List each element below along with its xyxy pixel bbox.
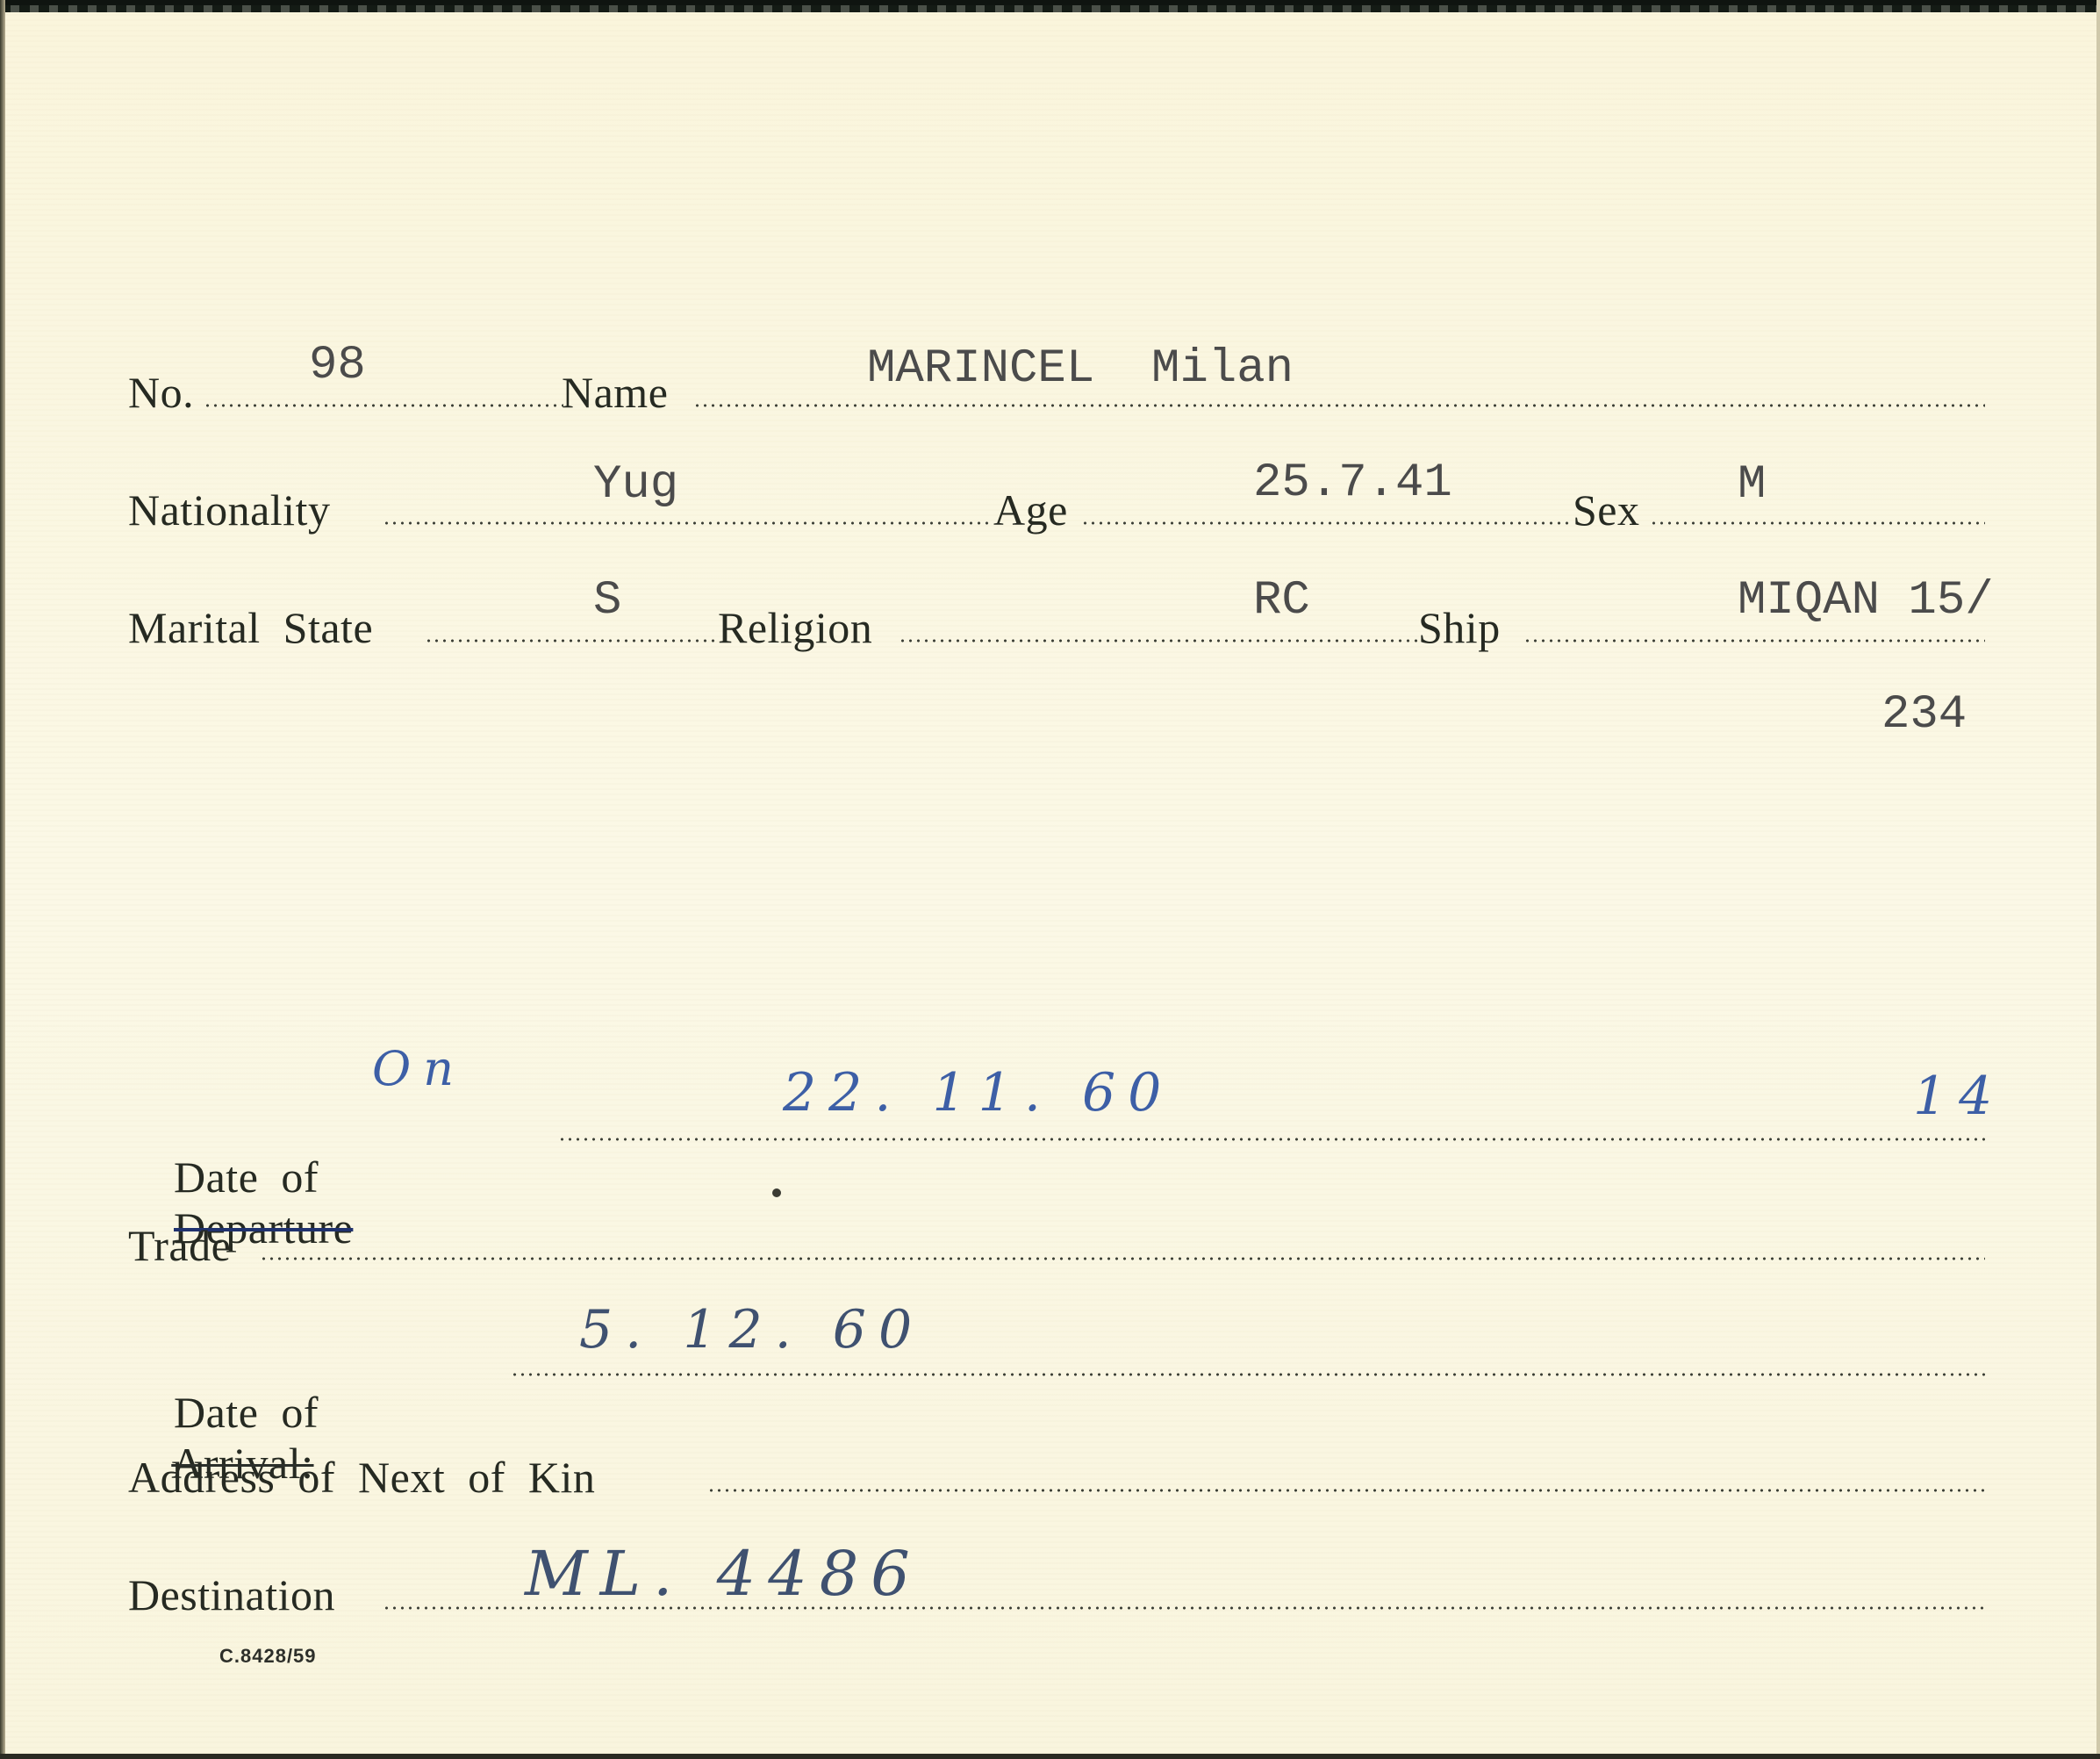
immigration-record-card: No. 98 Name MARINCEL Milan Nationality Y…: [0, 0, 2100, 1759]
address-next-of-kin-dotted-line: [707, 1489, 1985, 1492]
ship-value: MIQAN 15/: [1738, 574, 1994, 628]
card-right-edge: [2096, 0, 2100, 1759]
ship-label: Ship: [1418, 602, 1501, 653]
ink-speck: [772, 1188, 781, 1197]
date-of-prefix: Date of: [174, 1152, 319, 1202]
form-code: C.8428/59: [219, 1645, 317, 1668]
name-label: Name: [562, 367, 668, 418]
no-label: No.: [128, 367, 194, 418]
nationality-value: Yug: [593, 458, 678, 512]
departure-correction-handwritten: On: [372, 1041, 466, 1096]
marital-state-dotted-line: [425, 639, 718, 643]
date-of-arrival-value: 5. 12. 60: [579, 1299, 924, 1361]
ship-dotted-line: [1523, 639, 1985, 643]
destination-value: ML. 4486: [525, 1538, 922, 1610]
marital-state-value: S: [593, 574, 621, 628]
age-value: 25.7.41: [1253, 456, 1452, 510]
address-next-of-kin-label: Address of Next of Kin: [128, 1452, 595, 1503]
name-value: MARINCEL Milan: [867, 342, 1294, 396]
date-of-arrival-label: Date of Arrival:: [128, 1336, 319, 1540]
name-dotted-line: [693, 404, 1985, 407]
ship-value-line2: 234: [1881, 688, 1967, 742]
age-dotted-line: [1081, 521, 1573, 525]
card-left-edge: [0, 0, 5, 1759]
date-of-arrival-dotted-line: [511, 1373, 1985, 1376]
date-of-departure-label: Date of Departure: [128, 1101, 353, 1304]
religion-value: RC: [1253, 574, 1310, 628]
marital-state-label: Marital State: [128, 602, 373, 653]
departure-extra-value: 14: [1913, 1066, 2004, 1127]
destination-label: Destination: [128, 1569, 335, 1620]
card-bottom-edge: [0, 1754, 2100, 1759]
religion-dotted-line: [899, 639, 1418, 643]
date-of-departure-value: 22. 11. 60: [783, 1062, 1173, 1124]
religion-label: Religion: [718, 602, 872, 653]
no-value: 98: [309, 339, 366, 392]
age-label: Age: [993, 485, 1068, 535]
trade-label: Trade: [128, 1220, 231, 1271]
sex-dotted-line: [1650, 521, 1985, 525]
no-dotted-line: [204, 404, 563, 407]
nationality-label: Nationality: [128, 485, 330, 535]
date-of-departure-dotted-line: [558, 1138, 1985, 1141]
sex-value: M: [1738, 458, 1766, 512]
nationality-dotted-line: [383, 521, 993, 525]
card-top-edge: [0, 0, 2100, 12]
date-of-prefix: Date of: [174, 1388, 319, 1437]
sex-label: Sex: [1573, 485, 1640, 535]
trade-dotted-line: [260, 1257, 1985, 1260]
